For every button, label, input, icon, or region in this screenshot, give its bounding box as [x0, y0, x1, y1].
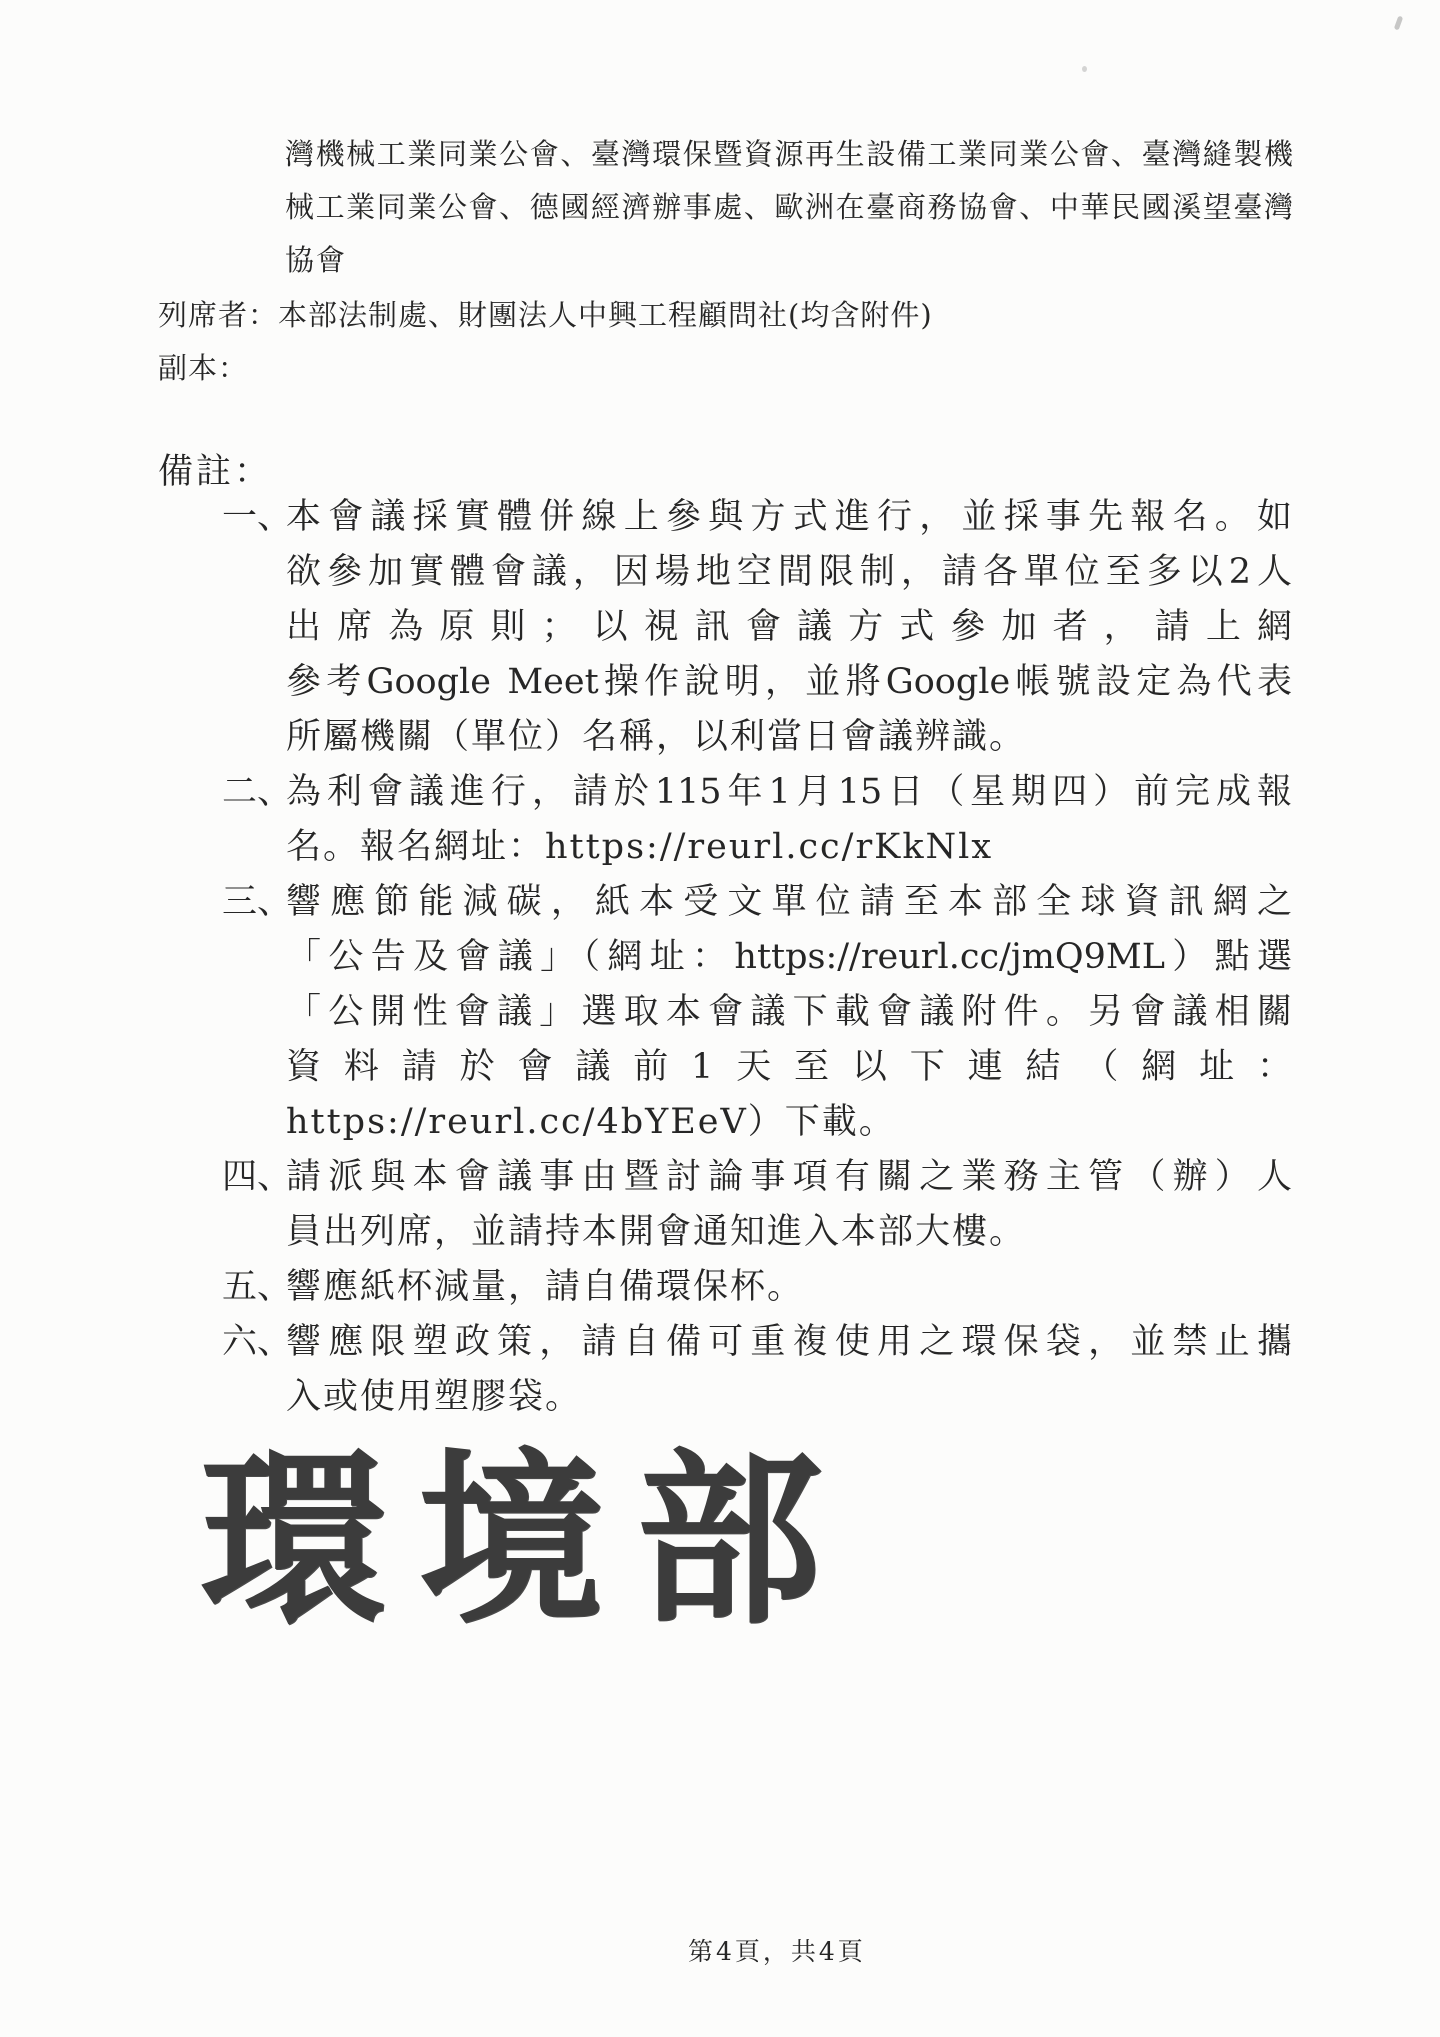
- remark-number: 一、: [222, 490, 286, 545]
- remark-line: 六、 響應限塑政策，請自備可重複使用之環保袋，並禁止攜: [222, 1315, 1292, 1370]
- remark-line: 「公開性會議」選取本會議下載會議附件。另會議相關: [222, 985, 1292, 1040]
- recipients-line: 灣機械工業同業公會、臺灣環保暨資源再生設備工業同業公會、臺灣縫製機: [285, 128, 1293, 181]
- ministry-of-environment-stamp: 環境部: [200, 1424, 854, 1657]
- remark-indent: [222, 545, 286, 600]
- remark-indent: [222, 600, 286, 655]
- remark-text: 響應限塑政策，請自備可重複使用之環保袋，並禁止攜: [286, 1315, 1292, 1370]
- scanned-document-page: 灣機械工業同業公會、臺灣環保暨資源再生設備工業同業公會、臺灣縫製機 械工業同業公…: [0, 0, 1440, 2037]
- remark-text: 響應節能減碳，紙本受文單位請至本部全球資訊網之: [286, 875, 1292, 930]
- cc-label: 副本：: [158, 346, 248, 387]
- remark-number: 二、: [222, 765, 286, 820]
- remark-number: 四、: [222, 1150, 286, 1205]
- remark-line: 參考Google Meet操作說明，並將Google帳號設定為代表: [222, 655, 1292, 710]
- remarks-list: 一、 本會議採實體併線上參與方式進行，並採事先報名。如 欲參加實體會議，因場地空…: [222, 490, 1292, 1425]
- attendees-value: 本部法制處、財團法人中興工程顧問社(均含附件): [278, 298, 933, 332]
- recipients-line: 械工業同業公會、德國經濟辦事處、歐洲在臺商務協會、中華民國溪望臺灣: [285, 181, 1293, 234]
- remark-text-with-url: 「公告及會議」（網址：https://reurl.cc/jmQ9ML）點選: [286, 930, 1292, 985]
- remark-line: https://reurl.cc/4bYEeV）下載。: [222, 1095, 1292, 1150]
- remark-indent: [222, 820, 286, 875]
- remark-line: 「公告及會議」（網址：https://reurl.cc/jmQ9ML）點選: [222, 930, 1292, 985]
- remark-text: 入或使用塑膠袋。: [286, 1370, 1292, 1425]
- remark-indent: [222, 1040, 286, 1095]
- remark-line: 三、 響應節能減碳，紙本受文單位請至本部全球資訊網之: [222, 875, 1292, 930]
- remark-indent: [222, 930, 286, 985]
- remark-indent: [222, 1095, 286, 1150]
- remark-line: 出席為原則；以視訊會議方式參加者，請上網: [222, 600, 1292, 655]
- remark-line: 四、 請派與本會議事由暨討論事項有關之業務主管（辦）人: [222, 1150, 1292, 1205]
- remark-text-with-url: 名。報名網址：https://reurl.cc/rKkNlx: [286, 820, 1292, 875]
- remark-line: 入或使用塑膠袋。: [222, 1370, 1292, 1425]
- remark-indent: [222, 1205, 286, 1260]
- remark-line: 所屬機關（單位）名稱，以利當日會議辨識。: [222, 710, 1292, 765]
- remark-text: 參考Google Meet操作說明，並將Google帳號設定為代表: [286, 655, 1292, 710]
- remark-text: 本會議採實體併線上參與方式進行，並採事先報名。如: [286, 490, 1292, 545]
- remark-indent: [222, 1370, 286, 1425]
- remark-line: 一、 本會議採實體併線上參與方式進行，並採事先報名。如: [222, 490, 1292, 545]
- remark-text: 欲參加實體會議，因場地空間限制，請各單位至多以2人: [286, 545, 1292, 600]
- remark-text: 請派與本會議事由暨討論事項有關之業務主管（辦）人: [286, 1150, 1292, 1205]
- remark-number: 六、: [222, 1315, 286, 1370]
- remark-text: 「公開性會議」選取本會議下載會議附件。另會議相關: [286, 985, 1292, 1040]
- remark-text: 資料請於會議前1天至以下連結（網址：: [286, 1040, 1292, 1095]
- remark-indent: [222, 710, 286, 765]
- remark-number: 三、: [222, 875, 286, 930]
- scan-artifact: [1082, 66, 1087, 72]
- remark-indent: [222, 655, 286, 710]
- remark-line: 資料請於會議前1天至以下連結（網址：: [222, 1040, 1292, 1095]
- remark-line: 五、 響應紙杯減量，請自備環保杯。: [222, 1260, 1292, 1315]
- remark-text: 響應紙杯減量，請自備環保杯。: [286, 1260, 1292, 1315]
- page-number: 第4頁，共4頁: [688, 1932, 866, 1968]
- remark-number: 五、: [222, 1260, 286, 1315]
- remark-text: 員出列席，並請持本開會通知進入本部大樓。: [286, 1205, 1292, 1260]
- remark-indent: [222, 985, 286, 1040]
- scan-artifact: [1394, 16, 1403, 31]
- remark-text: 出席為原則；以視訊會議方式參加者，請上網: [286, 600, 1292, 655]
- remark-text: 為利會議進行，請於115年1月15日（星期四）前完成報: [286, 765, 1292, 820]
- remark-text-with-url: https://reurl.cc/4bYEeV）下載。: [286, 1095, 1292, 1150]
- attendees-row: 列席者：本部法制處、財團法人中興工程顧問社(均含附件): [158, 293, 933, 334]
- attendees-label: 列席者：: [158, 298, 278, 332]
- remark-line: 欲參加實體會議，因場地空間限制，請各單位至多以2人: [222, 545, 1292, 600]
- remark-text: 所屬機關（單位）名稱，以利當日會議辨識。: [286, 710, 1292, 765]
- recipients-line: 協會: [285, 234, 1293, 287]
- remark-line: 名。報名網址：https://reurl.cc/rKkNlx: [222, 820, 1292, 875]
- remark-line: 員出列席，並請持本開會通知進入本部大樓。: [222, 1205, 1292, 1260]
- remark-line: 二、 為利會議進行，請於115年1月15日（星期四）前完成報: [222, 765, 1292, 820]
- recipients-continuation: 灣機械工業同業公會、臺灣環保暨資源再生設備工業同業公會、臺灣縫製機 械工業同業公…: [285, 128, 1293, 287]
- remarks-heading: 備註：: [158, 444, 272, 494]
